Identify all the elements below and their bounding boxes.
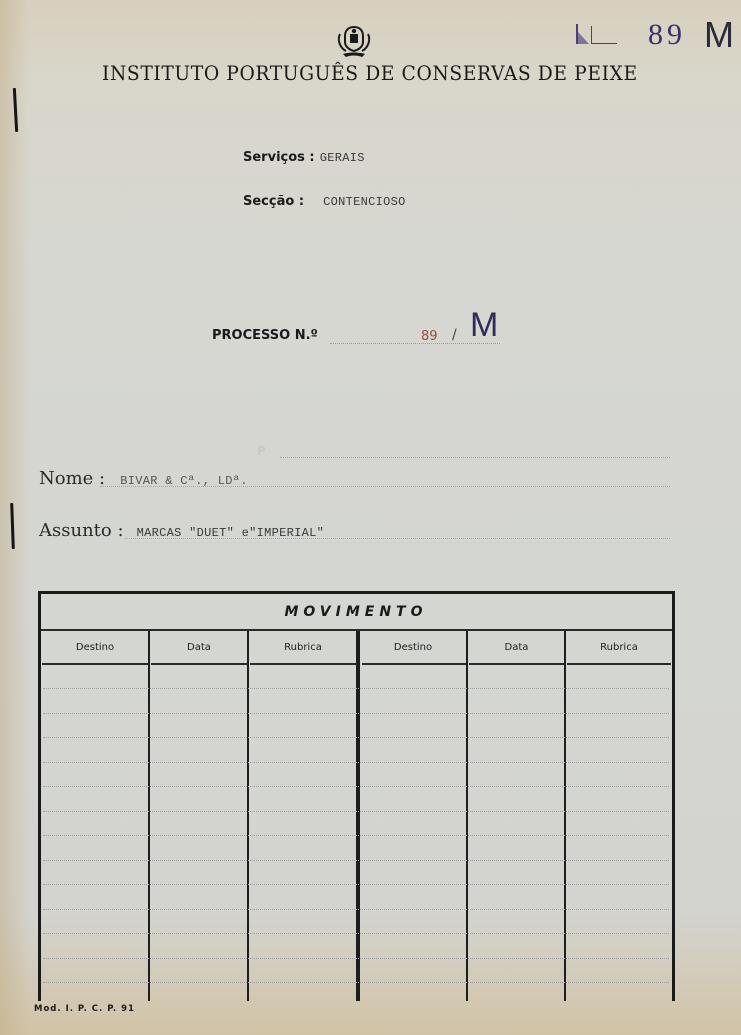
servicos-value: GERAIS [320,151,365,165]
nome-label: Nome : [39,468,105,489]
assunto-dotted-line [125,538,670,539]
table-right-border [672,591,675,1001]
column-divider [564,631,566,1001]
seccao-field: Secção : CONTENCIOSO [243,190,406,209]
table-row [43,909,669,910]
table-row [43,811,669,812]
processo-suffix: M [470,306,498,345]
table-row [43,982,669,983]
movimento-table: MOVIMENTO Destino Data Rubrica Destino D… [38,591,674,1001]
table-row [43,786,669,787]
stamp-number: 89 [648,18,686,52]
header-rule [567,663,671,665]
assunto-label: Assunto : [39,520,124,541]
column-header-destino-1: Destino [41,642,149,653]
center-divider [356,631,360,1001]
table-row [43,933,669,934]
header-rule [362,663,466,665]
header-rule [151,663,247,665]
processo-slash: / [452,327,457,343]
header-rule [42,663,148,665]
column-header-data-2: Data [468,642,565,653]
servicos-field: Serviços : GERAIS [243,146,365,165]
header-rule [250,663,356,665]
table-row [43,713,669,714]
table-row [43,688,669,689]
column-header-rubrica-1: Rubrica [249,642,357,653]
column-divider [247,631,249,1001]
stamp-mark-icon [575,22,619,46]
column-divider [466,631,468,1001]
header-rule [469,663,564,665]
institution-title: INSTITUTO PORTUGUÊS DE CONSERVAS DE PEIX… [102,62,638,85]
table-row [43,958,669,959]
nome-dotted-line [100,486,670,487]
table-row [43,860,669,861]
coat-of-arms-icon [334,24,374,58]
stamp-letter: M [704,14,734,56]
table-row [43,835,669,836]
table-row [43,884,669,885]
column-header-data-1: Data [150,642,248,653]
column-header-destino-2: Destino [360,642,466,653]
processo-number: 89 [421,329,438,344]
faded-print-mark: P [257,444,266,458]
form-code: Mod. I. P. C. P. 91 [34,1004,135,1014]
faded-dotted-line [280,457,670,458]
table-top-border [38,591,674,594]
movimento-title: MOVIMENTO [38,604,674,620]
processo-label: PROCESSO N.º [212,328,318,343]
column-header-rubrica-2: Rubrica [566,642,672,653]
column-divider [148,631,150,1001]
table-row [43,762,669,763]
seccao-label: Secção : [243,194,304,209]
table-row [43,737,669,738]
seccao-value: CONTENCIOSO [323,195,406,209]
servicos-label: Serviços : [243,150,315,165]
paper-edge-shading [0,0,30,1035]
